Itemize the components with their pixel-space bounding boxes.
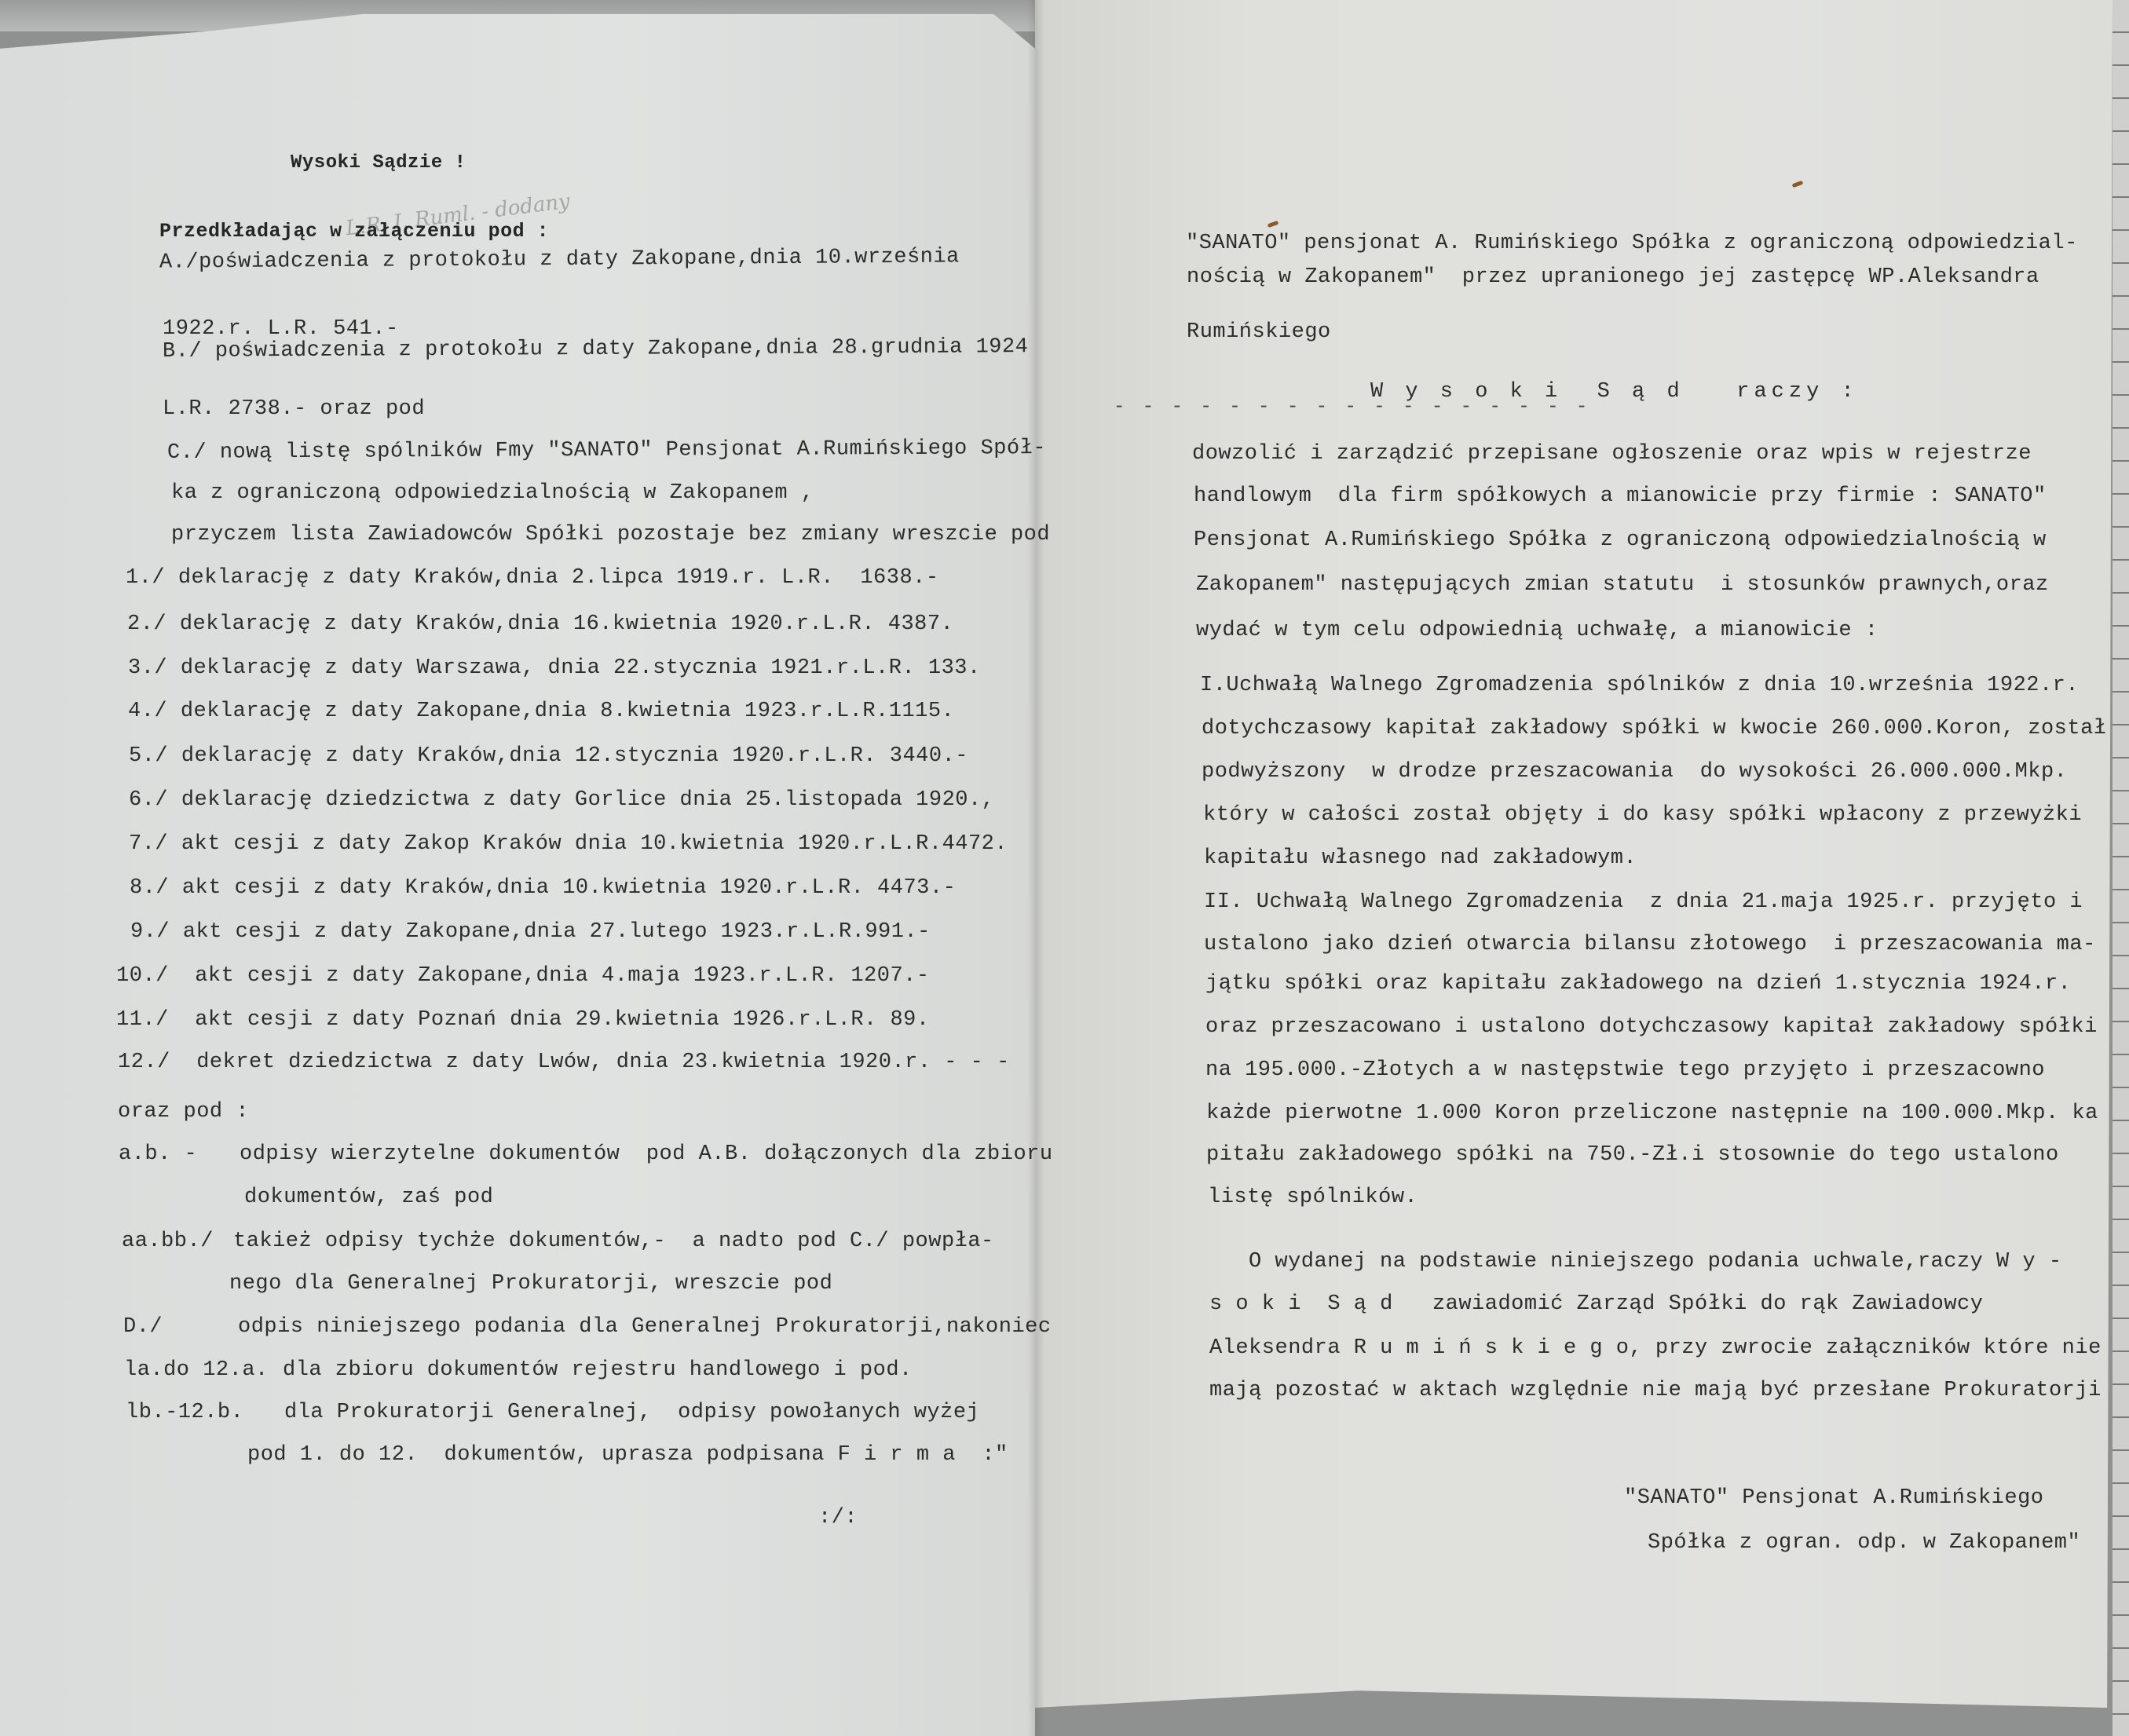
resolution-2-line: oraz przeszacowano i ustalono dotychczas… (1205, 1017, 2098, 1038)
notice-line: mają pozostać w aktach względnie nie maj… (1209, 1380, 2102, 1402)
oraz-pod: oraz pod : (118, 1102, 249, 1123)
request-line: dowzolić i zarządzić przepisane ogłoszen… (1192, 444, 2032, 465)
resolution-1-line: I.Uchwałą Walnego Zgromadzenia spólników… (1200, 675, 2079, 696)
sub-item-continuation: nego dla Generalnej Prokuratorji, wreszc… (229, 1274, 832, 1295)
sub-item-label: la.do 12.a. (124, 1360, 269, 1381)
sub-item-label: lb.-12.b. (126, 1402, 243, 1424)
sub-item-text: odpis niniejszego podania dla Generalnej… (238, 1317, 1052, 1338)
salutation: Wysoki Sądzie ! (291, 154, 466, 173)
sub-item-text: dla zbioru dokumentów rejestru handloweg… (283, 1360, 913, 1381)
item-c-line-3: przyczem lista Zawiadowców Spółki pozost… (171, 524, 1050, 546)
page-fold (1027, 0, 1044, 1736)
item-text: akt cesji z daty Zakopane,dnia 4.maja 19… (195, 964, 929, 988)
closing-mark: :/: (818, 1508, 858, 1529)
item-b-line-2: L.R. 2738.- oraz pod (163, 399, 425, 420)
item-text: akt cesji z daty Zakop Kraków dnia 10.kw… (181, 832, 1008, 856)
item-number: 3./ (128, 656, 167, 680)
numbered-item: 9./ akt cesji z daty Zakopane,dnia 27.lu… (130, 922, 931, 943)
sub-item-text: odpisy wierzytelne dokumentów pod A.B. d… (240, 1144, 1053, 1165)
resolution-1-line: podwyższony w drodze przeszacowania do w… (1202, 762, 2067, 783)
item-text: deklarację z daty Warszawa, dnia 22.styc… (181, 656, 981, 680)
resolution-2-line: pitału zakładowego spółki na 750.-Zł.i s… (1206, 1145, 2059, 1166)
item-number: 10./ (116, 964, 169, 988)
resolution-2-line: ustalono jako dzień otwarcia bilansu zło… (1204, 934, 2096, 956)
resolution-1-line: który w całości został objęty i do kasy … (1203, 805, 2082, 826)
sub-item-text: dla Prokuratorji Generalnej, odpisy powo… (284, 1402, 979, 1424)
numbered-item: 10./ akt cesji z daty Zakopane,dnia 4.ma… (116, 966, 930, 987)
resolution-2-line: II. Uchwałą Walnego Zgromadzenia z dnia … (1204, 892, 2083, 913)
item-text: deklarację dziedzictwa z daty Gorlice dn… (181, 788, 995, 812)
sub-item-label: aa.bb./ (122, 1231, 214, 1252)
item-number: 4./ (128, 700, 167, 723)
resolution-1-line: kapitału własnego nad zakładowym. (1204, 848, 1637, 869)
numbered-item: 2./ deklarację z daty Kraków,dnia 16.kwi… (127, 614, 953, 635)
resolution-1-line: dotychczasowy kapitał zakładowy spółki w… (1202, 718, 2106, 740)
request-line: wydać w tym celu odpowiednią uchwałę, a … (1196, 620, 1878, 641)
item-a-line-2: 1922.r. L.R. 541.- (163, 319, 399, 340)
numbered-item: 3./ deklarację z daty Warszawa, dnia 22.… (128, 658, 981, 679)
resolution-2-line: jątku spółki oraz kapitału zakładowego n… (1205, 974, 2071, 995)
item-text: akt cesji z daty Poznań dnia 29.kwietnia… (195, 1008, 929, 1032)
sub-item-text: takież odpisy tychże dokumentów,- a nadt… (233, 1231, 994, 1252)
item-c-line-2: ka z ograniczoną odpowiedzialnością w Za… (171, 483, 814, 504)
numbered-item: 11./ akt cesji z daty Poznań dnia 29.kwi… (116, 1010, 930, 1031)
intro-line: Rumińskiego (1187, 322, 1331, 343)
request-line: Pensjonat A.Rumińskiego Spółka z ogranic… (1194, 530, 2047, 551)
item-number: 7./ (129, 832, 168, 856)
signature-line-2: Spółka z ogran. odp. w Zakopanem" (1648, 1533, 2080, 1554)
item-text: dekret dziedzictwa z daty Lwów, dnia 23.… (196, 1051, 1010, 1074)
resolution-2-line: listę spólników. (1208, 1187, 1418, 1208)
resolution-2-line: na 195.000.-Złotych a w następstwie tego… (1205, 1060, 2045, 1081)
numbered-item: 1./ deklarację z daty Kraków,dnia 2.lipc… (126, 568, 939, 589)
item-c-line-1: C./ nową listę spólników Fmy "SANATO" Pe… (167, 438, 1046, 464)
numbered-item: 12./ dekret dziedzictwa z daty Lwów, dni… (118, 1052, 1010, 1073)
left-page (0, 14, 1035, 1736)
court-heading: W y s o k i S ą d raczy : (1370, 382, 1859, 403)
item-text: deklarację z daty Kraków,dnia 16.kwietni… (180, 612, 953, 636)
item-number: 9./ (130, 920, 170, 944)
notice-line: s o k i S ą d zawiadomić Zarząd Spółki d… (1209, 1294, 1983, 1315)
underlying-sheet-edge (2113, 0, 2129, 1736)
request-line: handlowym dla firm spółkowych a mianowic… (1194, 486, 2047, 507)
item-number: 6./ (129, 788, 168, 812)
sub-item-label: a.b. - (119, 1144, 197, 1165)
intro-line: nością w Zakopanem" przez upranionego je… (1187, 267, 2039, 288)
item-text: deklarację z daty Kraków,dnia 2.lipca 19… (178, 566, 939, 590)
item-number: 5./ (129, 744, 168, 768)
item-text: akt cesji z daty Zakopane,dnia 27.lutego… (183, 920, 931, 944)
request-line: Zakopanem" następujących zmian statutu i… (1196, 575, 2049, 596)
numbered-item: 6./ deklarację dziedzictwa z daty Gorlic… (129, 790, 994, 811)
numbered-item: 5./ deklarację z daty Kraków,dnia 12.sty… (129, 746, 968, 767)
numbered-item: 8./ akt cesji z daty Kraków,dnia 10.kwie… (130, 878, 956, 899)
numbered-item: 7./ akt cesji z daty Zakop Kraków dnia 1… (129, 834, 1008, 855)
notice-line: Aleksendra R u m i ń s k i e g o, przy z… (1209, 1338, 2102, 1359)
item-number: 2./ (127, 612, 166, 636)
intro-line: Przedkładając w załączeniu pod : (159, 221, 549, 241)
signature-line-1: "SANATO" Pensjonat A.Rumińskiego (1624, 1488, 2043, 1509)
item-number: 1./ (126, 566, 165, 590)
item-number: 11./ (116, 1008, 169, 1032)
item-number: 12./ (118, 1051, 170, 1074)
sub-item-continuation: pod 1. do 12. dokumentów, uprasza podpis… (247, 1445, 1008, 1466)
resolution-2-line: każde pierwotne 1.000 Koron przeliczone … (1206, 1103, 2098, 1124)
intro-line: "SANATO" pensjonat A. Rumińskiego Spółka… (1186, 233, 2078, 254)
sub-item-continuation: dokumentów, zaś pod (244, 1187, 493, 1208)
sub-item-label: D./ (123, 1317, 163, 1338)
item-text: deklarację z daty Zakopane,dnia 8.kwietn… (181, 700, 954, 723)
item-text: deklarację z daty Kraków,dnia 12.styczni… (181, 744, 968, 768)
item-number: 8./ (130, 876, 169, 900)
numbered-item: 4./ deklarację z daty Zakopane,dnia 8.kw… (128, 701, 954, 722)
notice-line: O wydanej na podstawie niniejszego podan… (1249, 1252, 2062, 1273)
item-text: akt cesji z daty Kraków,dnia 10.kwietnia… (182, 876, 956, 900)
item-a-line-1: A./poświadczenia z protokołu z daty Zako… (159, 247, 960, 273)
item-b-line-1: B./ poświadczenia z protokołu z daty Zak… (163, 337, 1029, 363)
